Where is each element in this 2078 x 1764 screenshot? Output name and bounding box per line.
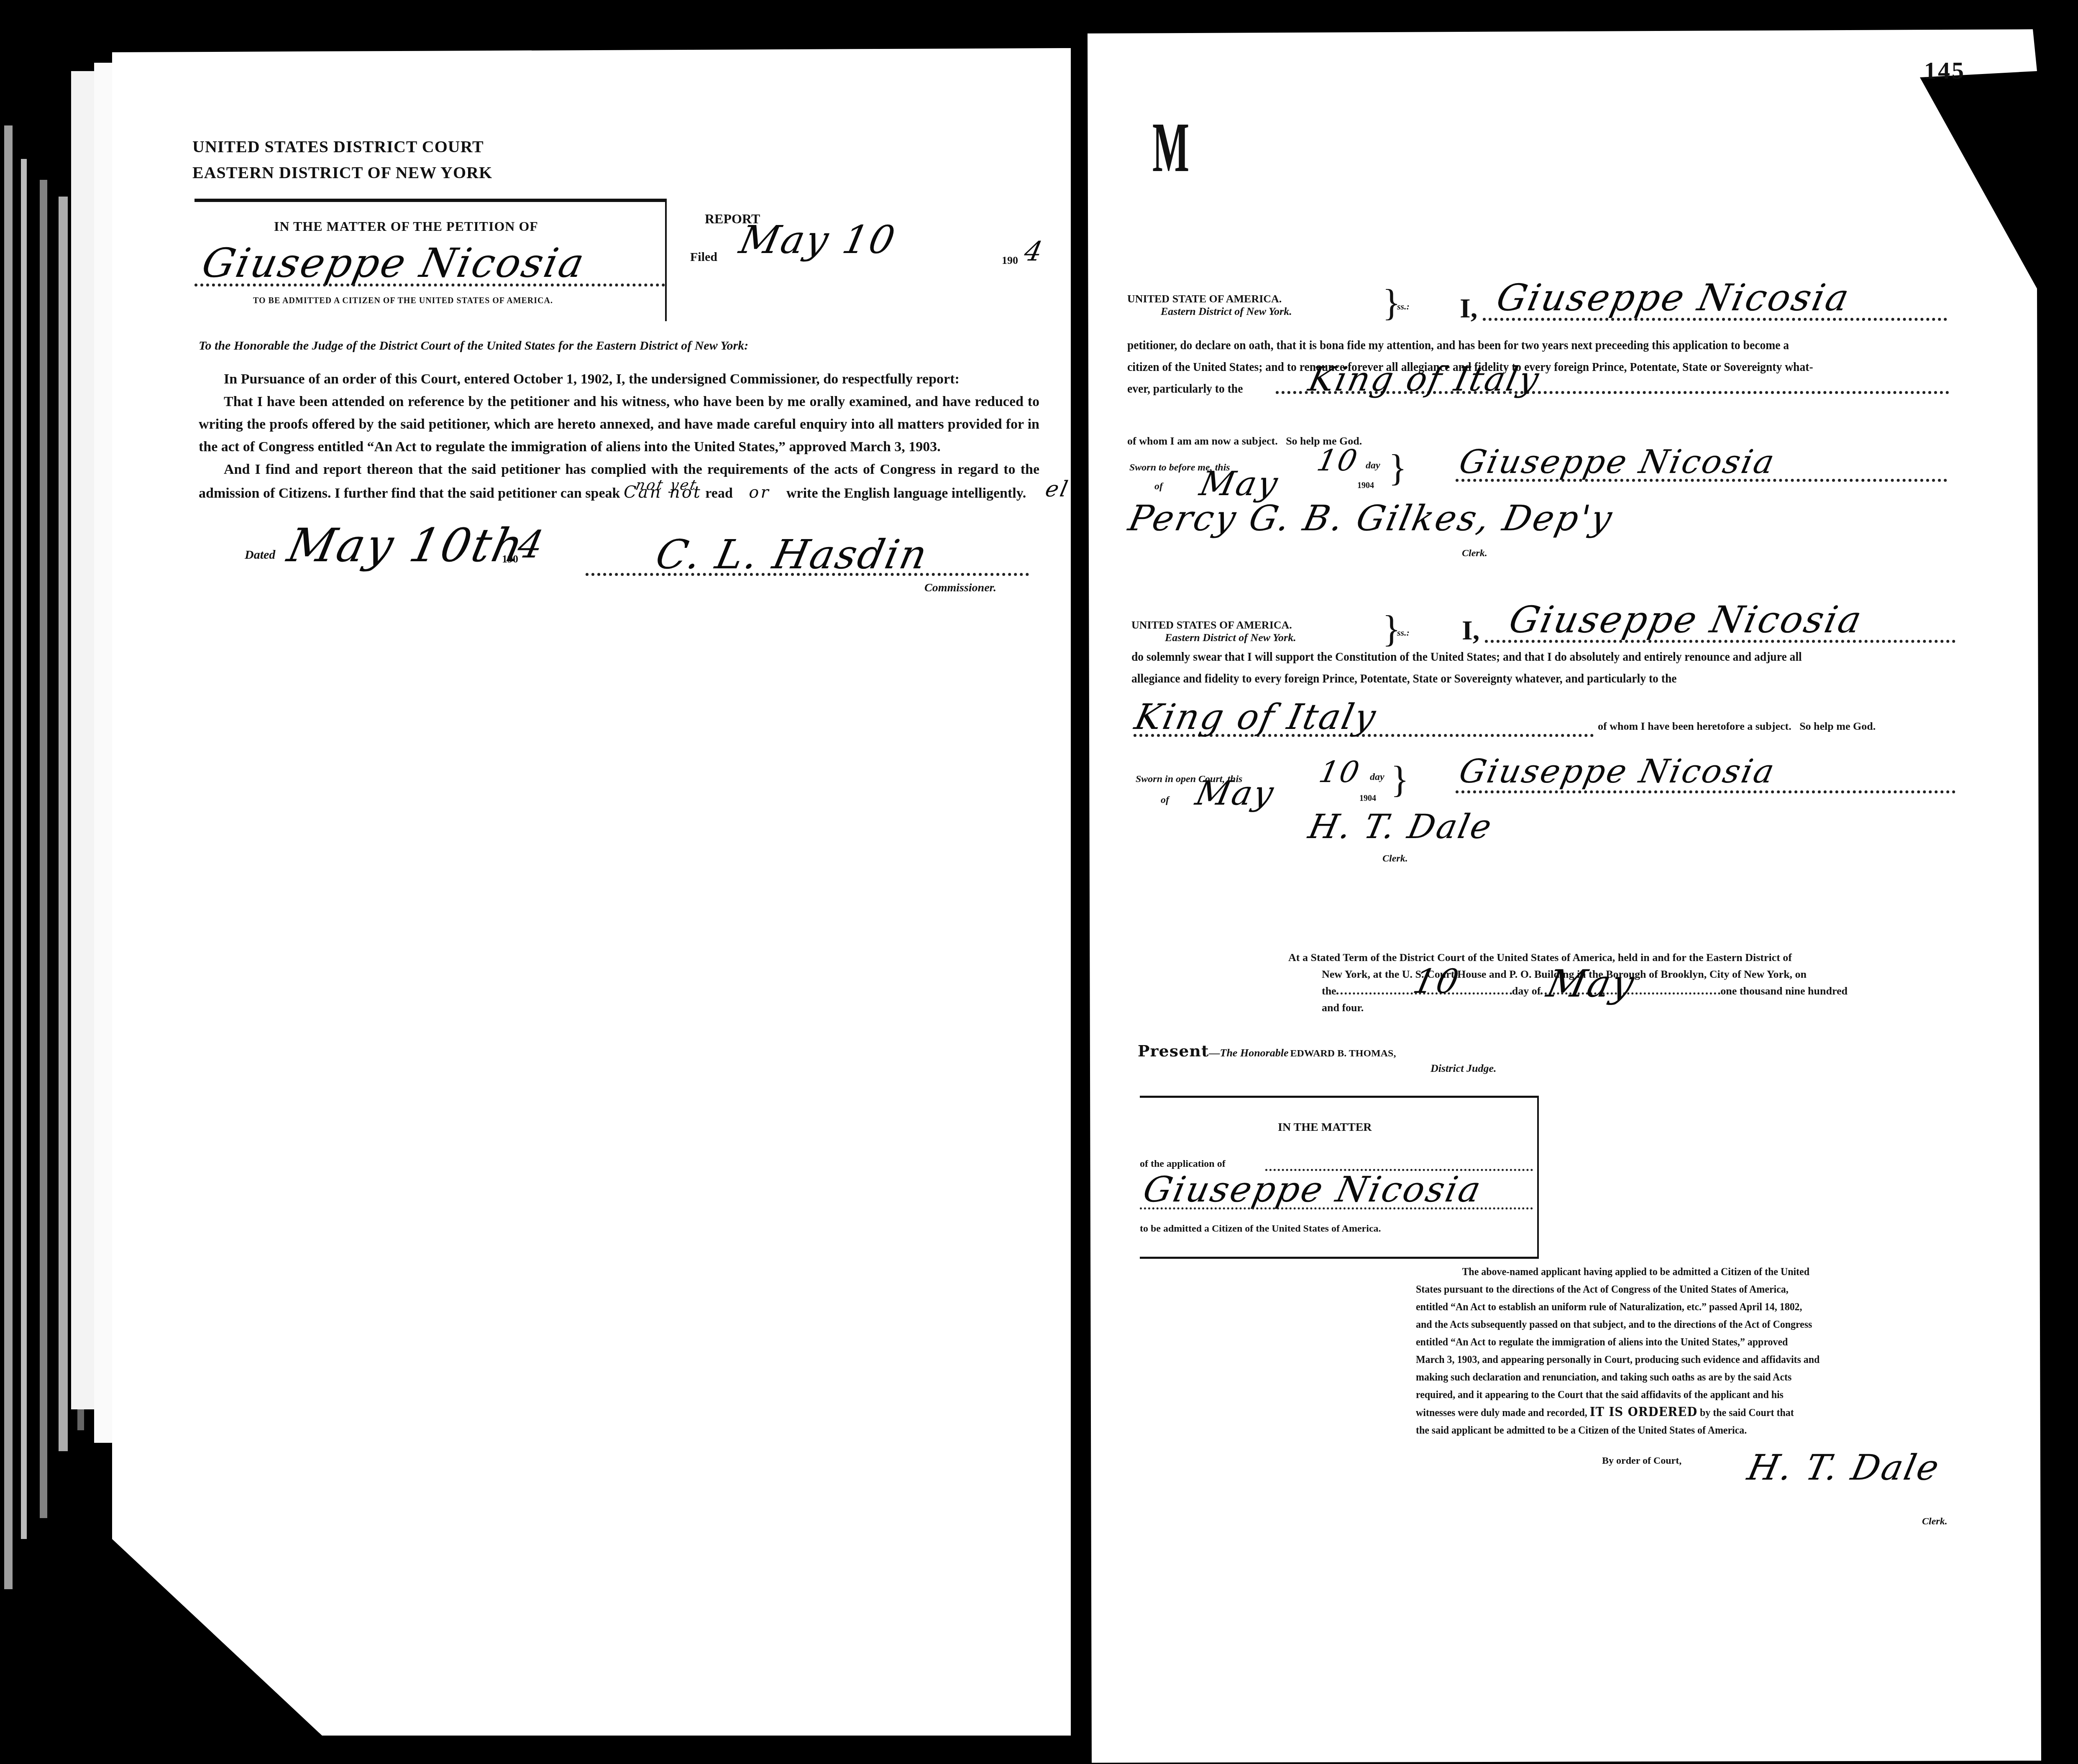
petitioner-name-handwritten: Giuseppe Nicosia — [198, 240, 590, 286]
stated-term-the: the — [1322, 983, 1336, 1000]
oath-line-2: allegiance and fidelity to every foreign… — [1131, 668, 1971, 690]
oath-venue-line-2: Eastern District of New York. — [1131, 631, 1296, 644]
address-line: To the Honorable the Judge of the Distri… — [199, 339, 748, 353]
matter-box-footer: to be admitted a Citizen of the United S… — [1140, 1223, 1381, 1235]
declaration-signature-handwritten: Giuseppe Nicosia — [1456, 443, 1779, 481]
oath-sworn-day: 10 — [1316, 755, 1364, 789]
paragraph-finding: And I find and report thereon that the s… — [199, 458, 1039, 505]
declaration-line-3: ever, particularly to the — [1127, 378, 1958, 400]
declaration-name-handwritten: Giuseppe Nicosia — [1493, 276, 1854, 319]
matter-box-line-2 — [1140, 1207, 1533, 1209]
declaration-sworn-day-label: day — [1366, 460, 1380, 471]
oath-venue-line-1: UNITED STATES OF AMERICA. — [1131, 619, 1296, 631]
declaration-venue: UNITED STATE OF AMERICA. Eastern Distric… — [1127, 293, 1292, 318]
order-line-10: the said applicant be admitted to be a C… — [1416, 1421, 1974, 1439]
stated-term-thousand: one thousand nine hundred — [1720, 983, 1848, 1000]
matter-box-name-handwritten: Giuseppe Nicosia — [1140, 1169, 1486, 1210]
index-letter: M — [1152, 107, 1189, 188]
order-line-9-pre: witnesses were duly made and recorded, — [1416, 1406, 1587, 1419]
present-line: Present—The Honorable EDWARD B. THOMAS, — [1138, 1041, 1396, 1060]
commissioner-signature-handwritten: C. L. Hasdin — [652, 531, 933, 578]
oath-sworn-month: May — [1192, 774, 1279, 813]
present-text: —The Honorable — [1209, 1047, 1289, 1059]
page-number: 145 — [1924, 56, 1965, 84]
finding-write: write the English language intelligently… — [786, 486, 1026, 501]
oath-venue: UNITED STATES OF AMERICA. Eastern Distri… — [1131, 619, 1296, 644]
oath-ss: ss.: — [1397, 627, 1410, 638]
filed-date-handwritten: May 10 — [736, 217, 901, 262]
present-judge-title: District Judge. — [1431, 1062, 1496, 1075]
declaration-ss: ss.: — [1397, 301, 1410, 312]
paragraph-attended: That I have been attended on reference b… — [199, 391, 1039, 458]
declaration-clerk-label: Clerk. — [1462, 548, 1487, 559]
order-body: The above-named applicant having applied… — [1416, 1263, 1974, 1439]
order-line-2: States pursuant to the directions of the… — [1416, 1281, 1974, 1298]
matter-box: IN THE MATTER of the application of Gius… — [1140, 1096, 1539, 1259]
oath-line-1: do solemnly swear that I will support th… — [1131, 646, 1971, 668]
oath-sovereign-handwritten: King of Italy — [1131, 696, 1381, 737]
matter-box-of-application: of the application of — [1140, 1158, 1226, 1170]
filed-label: Filed — [690, 250, 717, 264]
order-clerk-label: Clerk. — [1922, 1516, 1947, 1527]
stated-term-month-handwritten: May — [1543, 962, 1640, 1006]
declaration-body: petitioner, do declare on oath, that it … — [1127, 335, 1958, 400]
oath-name-handwritten: Giuseppe Nicosia — [1505, 598, 1867, 641]
above-complied-insert-handwritten: not yet — [634, 477, 699, 493]
court-header-line-1: UNITED STATES DISTRICT COURT — [192, 134, 492, 160]
order-clerk-signature-handwritten: H. T. Dale — [1744, 1447, 1945, 1488]
declaration-sworn-day: 10 — [1314, 443, 1362, 478]
it-is-ordered: IT IS ORDERED — [1590, 1405, 1697, 1419]
dated-label: Dated — [245, 548, 275, 562]
declaration-line-1: petitioner, do declare on oath, that it … — [1127, 335, 1958, 356]
order-line-3: entitled “An Act to establish an uniform… — [1416, 1298, 1974, 1316]
paragraph-pursuance: In Pursuance of an order of this Court, … — [199, 368, 1039, 391]
oath-body: do solemnly swear that I will support th… — [1131, 646, 1971, 690]
declaration-i-label: I, — [1460, 293, 1477, 325]
declaration-clerk-signature-handwritten: Percy G. B. Gilkes, Dep'y — [1125, 498, 1617, 539]
order-line-6: March 3, 1903, and appearing personally … — [1416, 1351, 1974, 1368]
finding-read: read — [705, 486, 732, 501]
dated-handwritten: May 10th — [283, 519, 530, 572]
oath-clerk-label: Clerk. — [1382, 853, 1408, 864]
order-line-4: and the Acts subsequently passed on that… — [1416, 1316, 1974, 1333]
petition-box-heading: IN THE MATTER OF THE PETITION OF — [274, 219, 538, 234]
declaration-sworn-brace: } — [1389, 450, 1407, 487]
order-line-8: required, and it appearing to the Court … — [1416, 1386, 1974, 1404]
commissioner-title: Commissioner. — [924, 581, 996, 595]
oath-sworn-of: of — [1161, 795, 1169, 806]
order-line-9-post: by the said Court that — [1700, 1406, 1794, 1419]
oath-signature-line — [1456, 790, 1955, 793]
declaration-sworn-of: of — [1154, 481, 1163, 492]
order-line-5: entitled “An Act to regulate the immigra… — [1416, 1333, 1974, 1351]
order-line-9: witnesses were duly made and recorded, I… — [1416, 1404, 1974, 1421]
petition-box-footer: TO BE ADMITTED A CITIZEN OF THE UNITED S… — [253, 296, 553, 306]
declaration-venue-line-2: Eastern District of New York. — [1127, 305, 1292, 318]
present-judge: EDWARD B. THOMAS, — [1290, 1048, 1396, 1059]
declaration-venue-line-1: UNITED STATE OF AMERICA. — [1127, 293, 1292, 305]
order-line-1: The above-named applicant having applied… — [1416, 1263, 1974, 1281]
oath-closing: of whom I have been heretofore a subject… — [1598, 720, 1876, 733]
declaration-sovereign-handwritten: King of Italy — [1305, 360, 1544, 399]
oath-sworn-brace: } — [1391, 761, 1409, 799]
stated-term-day-handwritten: 10 — [1410, 962, 1464, 1001]
matter-box-heading: IN THE MATTER — [1278, 1121, 1372, 1134]
by-order-of-court: By order of Court, — [1602, 1455, 1681, 1467]
or-mark-handwritten: or — [749, 483, 770, 502]
court-header-line-2: EASTERN DISTRICT OF NEW YORK — [192, 160, 492, 186]
oath-i-label: I, — [1462, 615, 1479, 647]
oath-clerk-signature-handwritten: H. T. Dale — [1305, 807, 1497, 846]
stated-term-day-of: day of — [1512, 983, 1541, 1000]
petition-box: IN THE MATTER OF THE PETITION OF Giusepp… — [194, 199, 667, 321]
oath-signature-handwritten: Giuseppe Nicosia — [1456, 753, 1779, 790]
court-header: UNITED STATES DISTRICT COURT EASTERN DIS… — [192, 134, 492, 186]
declaration-sworn-year: 1904 — [1357, 481, 1374, 491]
report-body: In Pursuance of an order of this Court, … — [199, 368, 1039, 505]
present-label: Present — [1138, 1041, 1209, 1060]
order-line-7: making such declaration and renunciation… — [1416, 1368, 1974, 1386]
petitioner-name-line — [194, 284, 665, 286]
oath-sworn-day-label: day — [1370, 772, 1384, 783]
filed-year-prefix: 190 — [1002, 254, 1018, 267]
oath-sworn-year: 1904 — [1359, 794, 1376, 803]
